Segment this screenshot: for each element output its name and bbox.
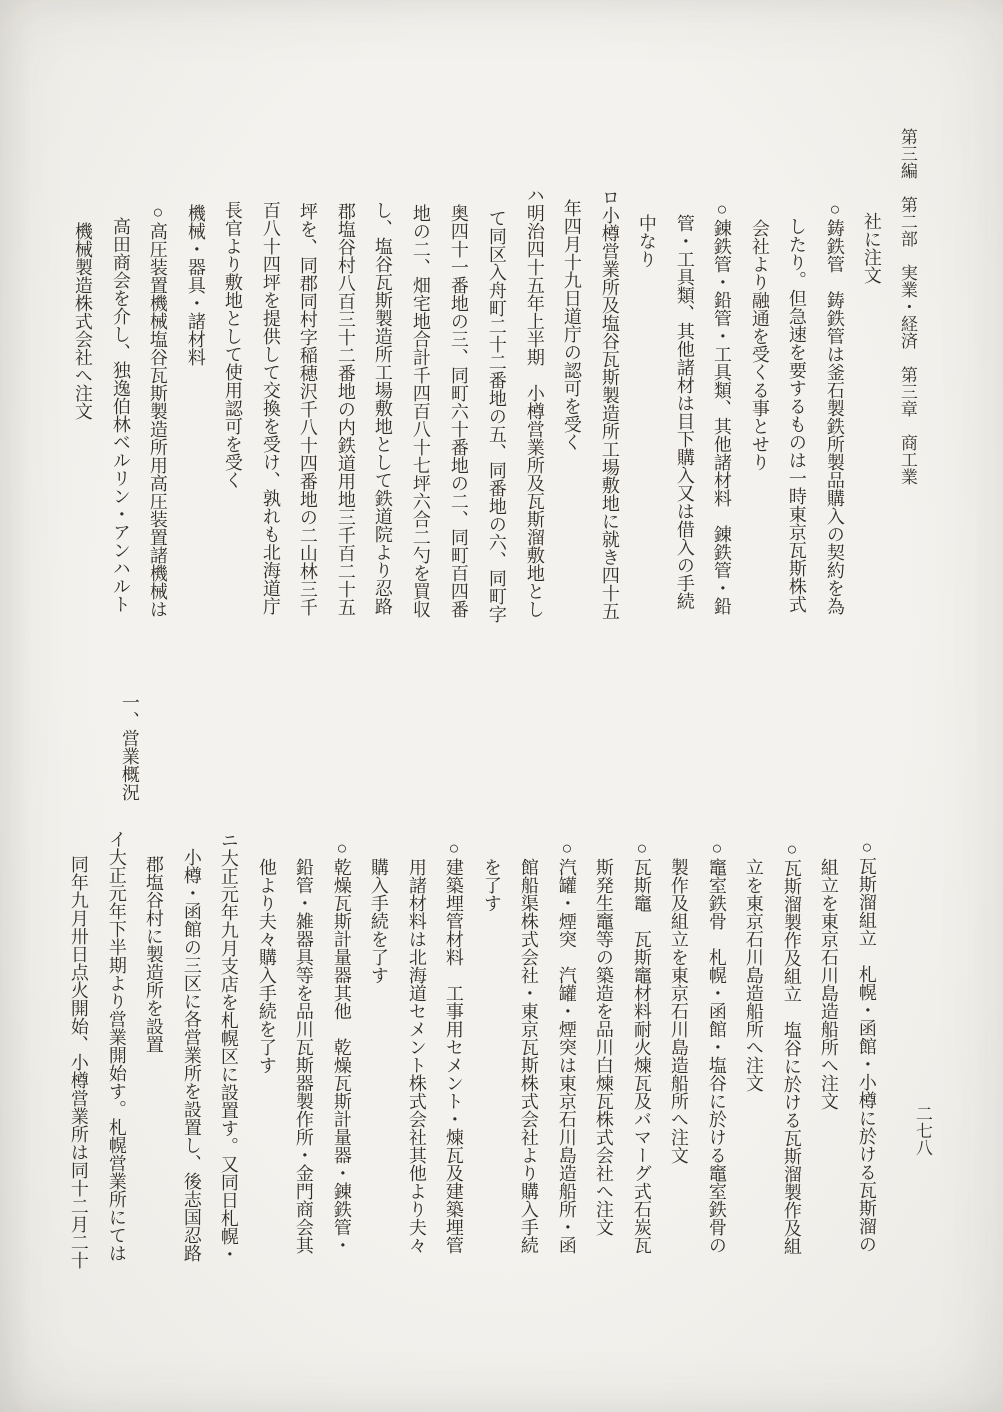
- text-column: 組立を東京石川島造船所へ注文: [819, 858, 838, 1110]
- text-column: 長官より敷地として使用認可を受く: [223, 201, 242, 489]
- text-column: 会社より融通を受くる事とせり: [750, 219, 769, 471]
- text-column: ○高圧装置機械塩谷瓦斯製造所用高圧装置諸機械は: [148, 202, 167, 618]
- text-column: 中なり: [637, 214, 656, 268]
- text-column: 社に注文: [862, 212, 881, 284]
- text-column: 製作及組立を東京石川島造船所へ注文: [669, 858, 688, 1164]
- text-column: 同年九月卅日点火開始、小樽営業所は同十二月二十: [69, 855, 88, 1269]
- text-column: 小樽・函館の三区に各営業所を設置し、後志国忍路: [182, 848, 201, 1262]
- running-head: 第三編 第二部 実業・経済 第三章 商工業: [898, 128, 916, 485]
- text-column: 郡塩谷村八百三十二番地の内鉄道用地三千百二十五: [336, 202, 355, 616]
- text-column: 機械製造株式会社へ注文: [73, 222, 92, 420]
- text-column: イ大正元年下半期より営業開始す。札幌営業所にては: [107, 830, 126, 1262]
- section-heading: 一、営業概況: [120, 693, 139, 801]
- scanned-book-page: 第三編 第二部 実業・経済 第三章 商工業 二七八 社に注文 ○鋳鉄管 鋳鉄管は…: [0, 0, 1003, 1412]
- text-column: ○乾燥瓦斯計量器其他 乾燥瓦斯計量器・錬鉄管・: [332, 838, 351, 1254]
- text-column: 機械・器具・諸材料: [186, 204, 205, 366]
- text-column: ○瓦斯溜製作及組立 塩谷に於ける瓦斯溜製作及組: [782, 839, 801, 1255]
- text-column: 斯発生竈等の築造を品川白煉瓦株式会社へ注文: [594, 858, 613, 1236]
- text-column: 郡塩谷村に製造所を設置: [144, 855, 163, 1053]
- text-column: ○汽罐・煙突 汽罐・煙突は東京石川島造船所・函: [557, 838, 576, 1254]
- text-column: したり。但急速を要するものは一時東京瓦斯株式: [787, 217, 806, 613]
- text-column: ハ明治四十五年上半期 小樽営業所及瓦斯溜敷地とし: [525, 186, 544, 618]
- text-column: ○瓦斯溜組立 札幌・函館・小樽に於ける瓦斯溜の: [857, 837, 876, 1253]
- text-column: ニ大正元年九月支店を札幌区に設置す。又同日札幌・: [219, 831, 238, 1263]
- text-column: 奥四十一番地の三、同町六十番地の二、同町百四番: [449, 204, 468, 618]
- text-column: 百八十四坪を提供して交換を受け、孰れも北海道庁: [261, 201, 280, 615]
- text-column: を了す: [482, 858, 501, 912]
- text-column: 立を東京石川島造船所へ注文: [744, 858, 763, 1092]
- text-column: ロ小樽営業所及塩谷瓦斯製造所工場敷地に就き四十五: [600, 188, 619, 620]
- text-column: ○建築埋管材料 工事用セメント・煉瓦及建築埋管: [444, 838, 463, 1254]
- text-column: ○竈室鉄骨 札幌・函館・塩谷に於ける竈室鉄骨の: [707, 838, 726, 1254]
- text-column: 他より夫々購入手続を了す: [257, 858, 276, 1074]
- text-column: 地の二、畑宅地合計千四百八十七坪六合二勺を買収: [411, 204, 430, 618]
- text-column: 購入手続を了す: [369, 858, 388, 984]
- text-column: 管・工具類、其他諸材は目下購入又は借入の手続: [675, 214, 694, 610]
- text-column: 用諸材料は北海道セメント株式会社其他より夫々: [407, 858, 426, 1254]
- text-column: 鉛管・雑器具等を品川瓦斯器製作所・金門商会其: [294, 858, 313, 1254]
- text-column: 坪を、同郡同村字稲穂沢千八十四番地の二山林三千: [298, 202, 317, 616]
- text-column: ○錬鉄管・鉛管・工具類、其他諸材料 錬鉄管・鉛: [712, 199, 731, 615]
- text-column: 年四月十九日道庁の認可を受く: [562, 199, 581, 451]
- text-column: 館船渠株式会社・東京瓦斯株式会社より購入手続: [519, 858, 538, 1254]
- text-column: し、塩谷瓦斯製造所工場敷地として鉄道院より忍路: [373, 201, 392, 615]
- page-number: 二七八: [913, 1105, 931, 1156]
- text-column: て同区入舟町二十二番地の五、同番地の六、同町字: [487, 209, 506, 623]
- text-column: ○瓦斯竈 瓦斯竈材料耐火煉瓦及バマーグ式石炭瓦: [632, 838, 651, 1254]
- text-column: 高田商会を介し、独逸伯林ベルリン・アンハルト: [111, 217, 130, 613]
- text-column: ○鋳鉄管 鋳鉄管は釜石製鉄所製品購入の契約を為: [825, 199, 844, 615]
